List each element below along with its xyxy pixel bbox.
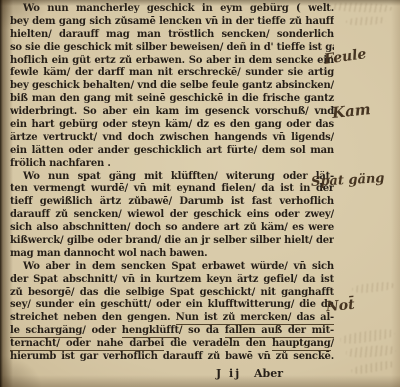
text-segment: tieff gewißlich ärtz zůbawē/ Darumb ist … [10,196,334,207]
text-line: zů besorgē/ das die selbige Spat geschic… [10,287,334,300]
text-line: ten vermengt wurdē/ vn̄ mit eynand fiele… [10,183,334,196]
text-segment: bey dem gang sich zůsamē lencken vn̄ in … [10,16,334,27]
text-segment: / [331,338,334,349]
text-line: le schargäng/ oder hengklüfft/ so da fal… [10,325,334,338]
text-segment: ärtze vertruckt/ vnd doch zwischen hange… [10,132,334,143]
text-segment: sey/ sunder ein geschütt/ oder ein kluff… [10,299,334,310]
underlined-text-segment: fallen auß der mit- [225,325,334,338]
text-segment: / oder [82,325,122,336]
text-line: mag man dannocht wol nach bawen. [10,248,334,261]
text-segment: der Spat abschnitt/ vn̄ in kurtzem keyn … [10,274,334,285]
text-line: tieff gewißlich ärtz zůbawē/ Darumb ist … [10,196,334,209]
text-line: hoflich ein gût ertz zů erbawen. So aber… [10,55,334,68]
text-segment: ein hart gebürg oder steyn käm/ dz es de… [10,119,334,130]
text-line: sich also abschnitten/ doch so andere ar… [10,222,334,235]
text-segment: zů besorgē/ das die selbige Spat geschic… [10,287,334,298]
text-line: widerbringt. So aber ein kam im gesenck … [10,106,334,119]
text-segment: streichet neben den gengen. [10,312,176,323]
text-segment: mag man dannocht wol nach bawen. [10,248,207,259]
text-segment: kißwerck/ gilbe oder brand/ die an jr se… [10,235,334,246]
text-line: sey/ sunder ein geschütt/ oder ein kluff… [10,299,334,312]
text-segment: ten vermengt wurdē/ vn̄ mit eynand fiele… [10,183,334,194]
text-segment: biß man den gang mit seinē geschickē in … [10,93,334,104]
text-line: bey dem gang sich zůsamē lencken vn̄ in … [10,16,334,29]
text-segment: / so da [179,325,225,336]
text-line: biß man den gang mit seinē geschickē in … [10,93,334,106]
text-line: so sie die geschick mit silber beweisen/… [10,42,334,55]
underlined-text-segment: Nun ist zů mercken/ das al- [176,312,334,325]
text-segment: Wo nun mancherley geschick in eym gebürg… [23,3,334,14]
text-segment: fewle käm/ der darff man nit erschreckē/… [10,67,334,78]
signature-mark: J ij [216,367,241,380]
text-line: Wo aber in dem sencken Spat erbawet würd… [10,261,334,274]
text-line: darauff zů sencken/ wiewol der geschick … [10,209,334,222]
text-line: fewle käm/ der darff man nit erschreckē/… [10,67,334,80]
text-line: streichet neben den gengen. Nun ist zů m… [10,312,334,325]
text-line: hielten/ darauff mag man tröstlich senck… [10,29,334,42]
text-line: ein lätten oder ander geschicklich art f… [10,145,334,158]
underlined-text-segment: hengklüfft [122,325,179,338]
text-segment: sich also abschnitten/ doch so andere ar… [10,222,334,233]
text-line: frölich nachfaren . [10,158,334,171]
text-line: hierumb ist gar verhoflich darauff zů ba… [10,351,334,364]
underlined-text-segment: le schargäng [10,325,82,338]
text-segment: Wo aber in dem sencken Spat erbawet würd… [23,261,334,272]
text-line: bey geschick behalten/ vnd die selbe feu… [10,80,334,93]
text-segment: Wo nun spat gäng mit klüfften/ witerung … [23,171,334,182]
underlined-text-segment: ternacht/ oder nahe darbei [10,338,164,351]
text-segment: frölich nachfaren . [10,158,111,169]
text-segment: ein lätten oder ander geschicklich art f… [10,145,334,156]
text-line: Wo nun spat gäng mit klüfften/ witerung … [10,171,334,184]
catchword: Aber [254,367,283,380]
text-line: Wo nun mancherley geschick in eym gebürg… [10,3,334,16]
text-segment: so sie die geschick mit silber beweisen/… [10,42,334,53]
printed-text-block: Wo nun mancherley geschick in eym gebürg… [10,3,334,364]
text-segment: hoflich ein gût ertz zů erbawen. So aber… [10,55,334,66]
text-segment: hierumb ist gar verhoflich darauff zů ba… [10,351,334,362]
text-line: ärtze vertruckt/ vnd doch zwischen hange… [10,132,334,145]
underlined-text-segment: hauptgang [272,338,331,351]
text-segment: widerbringt. So aber ein kam im gesenck … [10,106,334,117]
text-segment: hielten/ darauff mag man tröstlich senck… [10,29,334,40]
text-segment: bey geschick behalten/ vnd die selbe feu… [10,80,334,91]
text-line: ein hart gebürg oder steyn käm/ dz es de… [10,119,334,132]
text-line: ternacht/ oder nahe darbei die veradeln … [10,338,334,351]
text-line: der Spat abschnitt/ vn̄ in kurtzem keyn … [10,274,334,287]
text-segment: darauff zů sencken/ wiewol der geschick … [10,209,334,220]
text-segment: die veradeln den [164,338,272,349]
handwritten-margin-note: Not̄ [325,297,355,315]
text-line: kißwerck/ gilbe oder brand/ die an jr se… [10,235,334,248]
